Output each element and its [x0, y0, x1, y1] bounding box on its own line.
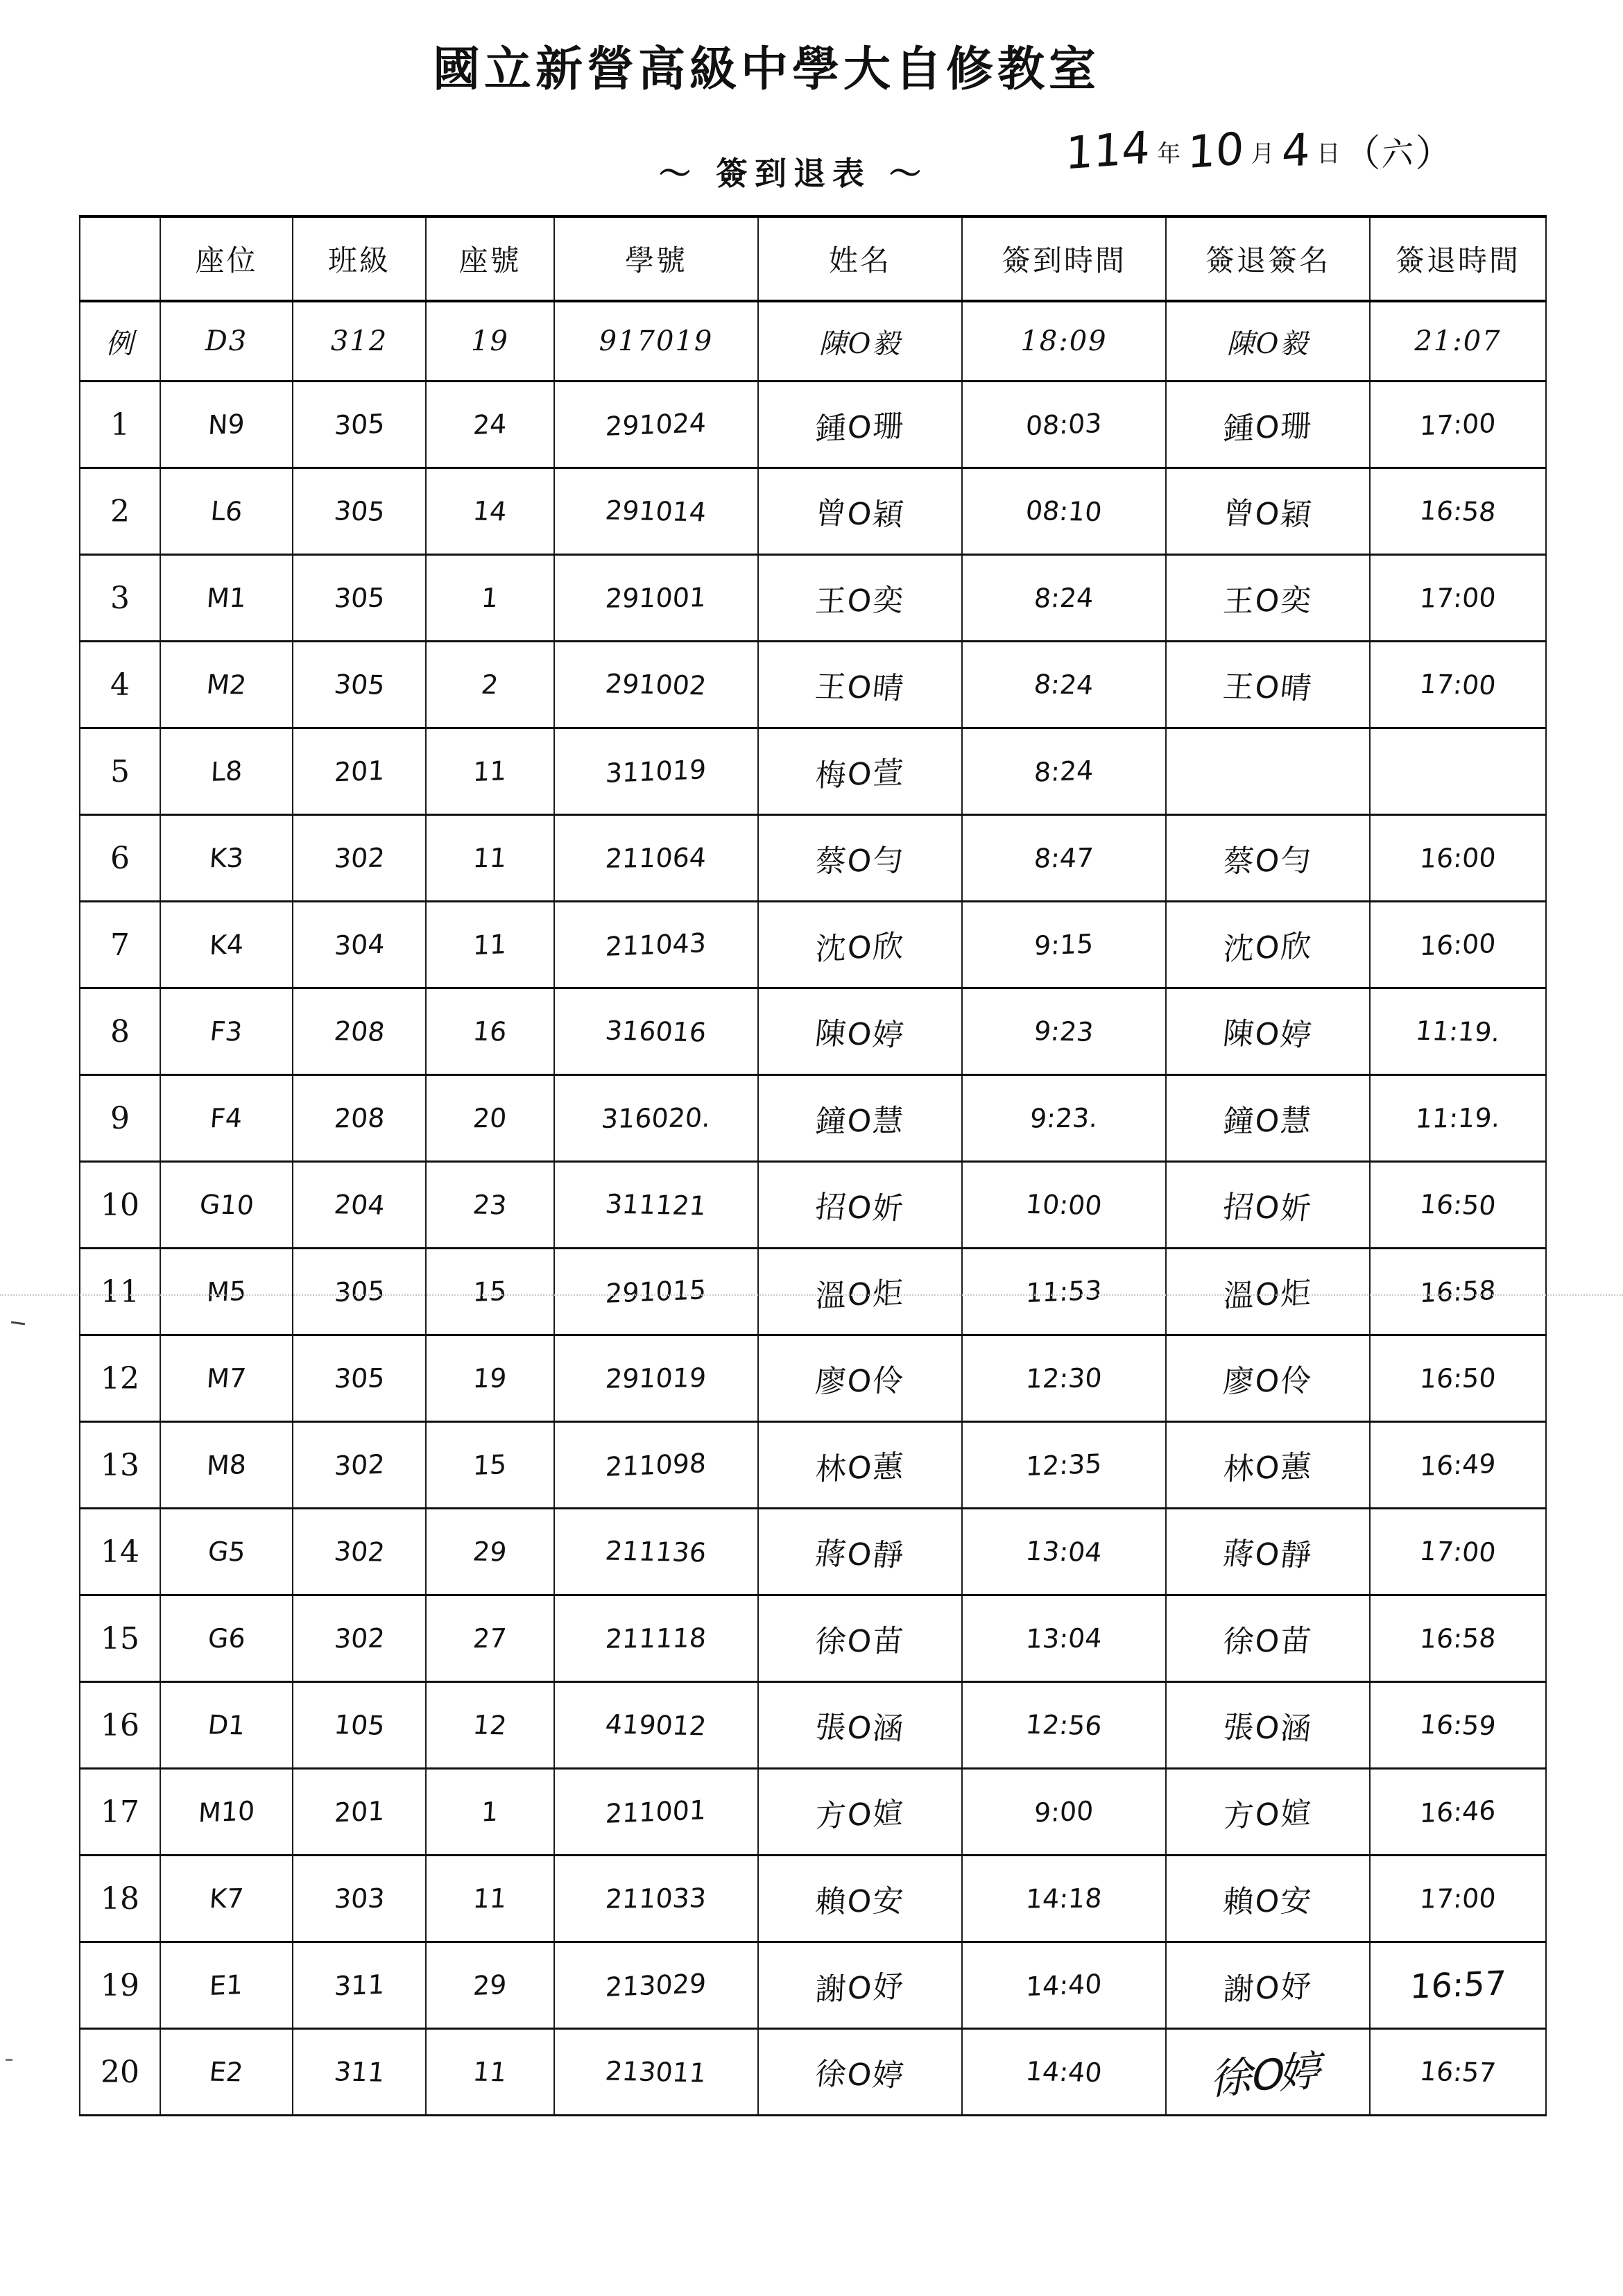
cell-class: 312: [293, 301, 426, 382]
cell-sign-out-time: 17:00: [1370, 642, 1546, 728]
cell-seat: M7: [160, 1335, 293, 1422]
cell-seat-number: 2: [426, 642, 554, 728]
handwritten-date: 114年10月4日（六）: [1061, 123, 1452, 177]
table-row: 13 M8 302 15 211098 林O蕙 12:35 林O蕙 16:49: [80, 1422, 1546, 1509]
cell-seat: D3: [160, 301, 293, 382]
cell-student-id: 917019: [554, 301, 758, 382]
scan-artifact-line: [0, 1294, 1623, 1296]
cell-name: 徐O婷: [758, 2029, 962, 2116]
cell-seat-number: 29: [426, 1942, 554, 2029]
cell-sign-out-time: 11:19.: [1370, 988, 1546, 1075]
cell-seat: K4: [160, 902, 293, 988]
cell-class: 302: [293, 1422, 426, 1509]
cell-seat: G10: [160, 1162, 293, 1249]
cell-seat: L6: [160, 468, 293, 555]
cell-sign-in-time: 12:56: [962, 1682, 1166, 1769]
cell-seat: K3: [160, 815, 293, 902]
cell-sign-in-time: 18:09: [962, 301, 1166, 382]
table-row: 16 D1 105 12 419012 張O涵 12:56 張O涵 16:59: [80, 1682, 1546, 1769]
cell-name: 徐O苗: [758, 1595, 962, 1682]
column-header-sign-out-signature: 簽退簽名: [1166, 216, 1370, 301]
cell-class: 305: [293, 555, 426, 642]
table-row: 17 M10 201 1 211001 方O媗 9:00 方O媗 16:46: [80, 1769, 1546, 1856]
table-row: 15 G6 302 27 211118 徐O苗 13:04 徐O苗 16:58: [80, 1595, 1546, 1682]
cell-class: 303: [293, 1856, 426, 1942]
cell-name: 蔣O靜: [758, 1509, 962, 1595]
cell-class: 105: [293, 1682, 426, 1769]
column-header-class: 班級: [293, 216, 426, 301]
cell-name: 曾O穎: [758, 468, 962, 555]
cell-seat-number: 12: [426, 1682, 554, 1769]
cell-sign-out-time: 16:49: [1370, 1422, 1546, 1509]
table-row: 14 G5 302 29 211136 蔣O靜 13:04 蔣O靜 17:00: [80, 1509, 1546, 1595]
cell-sign-out-time: 16:50: [1370, 1335, 1546, 1422]
cell-student-id: 213011: [554, 2029, 758, 2116]
cell-name: 王O奕: [758, 555, 962, 642]
cell-sign-out-signature: 曾O穎: [1166, 468, 1370, 555]
cell-class: 305: [293, 1249, 426, 1335]
cell-sign-out-signature: 林O蕙: [1166, 1422, 1370, 1509]
cell-sign-out-signature: 鍾O珊: [1166, 382, 1370, 468]
table-row: 9 F4 208 20 316020. 鐘O慧 9:23. 鐘O慧 11:19.: [80, 1075, 1546, 1162]
cell-seat-number: 14: [426, 468, 554, 555]
cell-sign-in-time: 08:10: [962, 468, 1166, 555]
cell-sign-out-time: 21:07: [1370, 301, 1546, 382]
cell-class: 305: [293, 642, 426, 728]
cell-sign-in-time: 10:00: [962, 1162, 1166, 1249]
scan-artifact-speck: [6, 2059, 12, 2061]
cell-name: 蔡O勻: [758, 815, 962, 902]
row-number: 9: [80, 1075, 160, 1162]
weekday-open-paren: （: [1343, 123, 1380, 177]
table-row: 7 K4 304 11 211043 沈O欣 9:15 沈O欣 16:00: [80, 902, 1546, 988]
cell-seat: M10: [160, 1769, 293, 1856]
cell-class: 302: [293, 1595, 426, 1682]
cell-sign-in-time: 14:40: [962, 1942, 1166, 2029]
table-row: 8 F3 208 16 316016 陳O婷 9:23 陳O婷 11:19.: [80, 988, 1546, 1075]
cell-name: 林O蕙: [758, 1422, 962, 1509]
cell-seat-number: 23: [426, 1162, 554, 1249]
cell-sign-in-time: 9:15: [962, 902, 1166, 988]
cell-sign-in-time: 11:53: [962, 1249, 1166, 1335]
row-number: 4: [80, 642, 160, 728]
cell-student-id: 211118: [554, 1595, 758, 1682]
cell-sign-in-time: 8:24: [962, 555, 1166, 642]
cell-sign-out-signature: 王O晴: [1166, 642, 1370, 728]
cell-student-id: 291002: [554, 642, 758, 728]
cell-student-id: 211064: [554, 815, 758, 902]
cell-sign-out-signature: 徐O苗: [1166, 1595, 1370, 1682]
cell-seat: E2: [160, 2029, 293, 2116]
cell-name: 鍾O珊: [758, 382, 962, 468]
cell-name: 陳O毅: [758, 301, 962, 382]
scan-artifact-speck: [11, 1321, 25, 1326]
sign-in-out-table: 座位 班級 座號 學號 姓名 簽到時間 簽退簽名 簽退時間 例 D3 312 1…: [79, 215, 1547, 2116]
cell-sign-in-time: 9:23: [962, 988, 1166, 1075]
row-number: 3: [80, 555, 160, 642]
cell-student-id: 211033: [554, 1856, 758, 1942]
row-number: 11: [80, 1249, 160, 1335]
cell-sign-in-time: 8:24: [962, 642, 1166, 728]
cell-sign-out-signature: 方O媗: [1166, 1769, 1370, 1856]
cell-sign-out-signature: 王O奕: [1166, 555, 1370, 642]
date-month: 10: [1187, 123, 1245, 179]
cell-class: 302: [293, 1509, 426, 1595]
date-day: 4: [1280, 124, 1310, 178]
cell-class: 305: [293, 1335, 426, 1422]
cell-seat-number: 11: [426, 2029, 554, 2116]
cell-seat-number: 16: [426, 988, 554, 1075]
table-row: 19 E1 311 29 213029 謝O妤 14:40 謝O妤 16:57: [80, 1942, 1546, 2029]
cell-sign-out-time: 11:19.: [1370, 1075, 1546, 1162]
cell-seat: D1: [160, 1682, 293, 1769]
cell-seat: L8: [160, 728, 293, 815]
table-row: 10 G10 204 23 311121 招O妡 10:00 招O妡 16:50: [80, 1162, 1546, 1249]
cell-seat-number: 20: [426, 1075, 554, 1162]
cell-sign-out-time: 16:00: [1370, 815, 1546, 902]
cell-student-id: 291014: [554, 468, 758, 555]
cell-sign-out-time: 16:58: [1370, 468, 1546, 555]
table-row: 2 L6 305 14 291014 曾O穎 08:10 曾O穎 16:58: [80, 468, 1546, 555]
cell-sign-in-time: 08:03: [962, 382, 1166, 468]
cell-seat-number: 19: [426, 1335, 554, 1422]
cell-seat-number: 27: [426, 1595, 554, 1682]
cell-sign-in-time: 13:04: [962, 1595, 1166, 1682]
date-month-label: 月: [1251, 135, 1275, 169]
cell-sign-out-time: 16:58: [1370, 1595, 1546, 1682]
cell-sign-in-time: 12:35: [962, 1422, 1166, 1509]
cell-student-id: 316016: [554, 988, 758, 1075]
cell-sign-out-time: [1370, 728, 1546, 815]
cell-seat: M5: [160, 1249, 293, 1335]
cell-seat-number: 24: [426, 382, 554, 468]
cell-sign-out-signature: 沈O欣: [1166, 902, 1370, 988]
cell-seat-number: 19: [426, 301, 554, 382]
row-number: 例: [80, 301, 160, 382]
cell-seat: M2: [160, 642, 293, 728]
cell-name: 沈O欣: [758, 902, 962, 988]
cell-sign-out-signature: 蔣O靜: [1166, 1509, 1370, 1595]
row-number: 18: [80, 1856, 160, 1942]
cell-student-id: 311121: [554, 1162, 758, 1249]
page-title: 國立新營高級中學大自修教室: [0, 32, 1533, 99]
row-number: 8: [80, 988, 160, 1075]
cell-sign-in-time: 9:23.: [962, 1075, 1166, 1162]
date-year: 114: [1065, 123, 1151, 180]
cell-seat-number: 11: [426, 1856, 554, 1942]
cell-sign-out-signature: 徐O婷: [1166, 2029, 1370, 2116]
cell-seat: G5: [160, 1509, 293, 1595]
cell-student-id: 291001: [554, 555, 758, 642]
cell-sign-out-signature: [1166, 728, 1370, 815]
cell-sign-out-time: 17:00: [1370, 1509, 1546, 1595]
cell-sign-out-signature: 溫O炬: [1166, 1249, 1370, 1335]
cell-name: 梅O萱: [758, 728, 962, 815]
cell-sign-out-time: 16:00: [1370, 902, 1546, 988]
cell-sign-out-time: 16:46: [1370, 1769, 1546, 1856]
column-header-seat: 座位: [160, 216, 293, 301]
cell-student-id: 316020.: [554, 1075, 758, 1162]
cell-name: 賴O安: [758, 1856, 962, 1942]
table-row: 1 N9 305 24 291024 鍾O珊 08:03 鍾O珊 17:00: [80, 382, 1546, 468]
table-row: 11 M5 305 15 291015 溫O炬 11:53 溫O炬 16:58: [80, 1249, 1546, 1335]
cell-sign-out-signature: 謝O妤: [1166, 1942, 1370, 2029]
cell-student-id: 211098: [554, 1422, 758, 1509]
cell-sign-out-time: 16:50: [1370, 1162, 1546, 1249]
cell-seat: F3: [160, 988, 293, 1075]
cell-sign-out-signature: 蔡O勻: [1166, 815, 1370, 902]
page-subtitle: ～ 簽到退表 ～: [659, 148, 928, 194]
cell-student-id: 213029: [554, 1942, 758, 2029]
table-row: 4 M2 305 2 291002 王O晴 8:24 王O晴 17:00: [80, 642, 1546, 728]
cell-student-id: 291015: [554, 1249, 758, 1335]
row-number: 6: [80, 815, 160, 902]
cell-seat-number: 1: [426, 555, 554, 642]
row-number: 2: [80, 468, 160, 555]
cell-name: 招O妡: [758, 1162, 962, 1249]
cell-sign-in-time: 14:40: [962, 2029, 1166, 2116]
cell-seat: N9: [160, 382, 293, 468]
cell-name: 鐘O慧: [758, 1075, 962, 1162]
cell-sign-in-time: 8:24: [962, 728, 1166, 815]
cell-class: 208: [293, 1075, 426, 1162]
cell-class: 304: [293, 902, 426, 988]
cell-name: 溫O炬: [758, 1249, 962, 1335]
table-row: 3 M1 305 1 291001 王O奕 8:24 王O奕 17:00: [80, 555, 1546, 642]
date-day-label: 日: [1316, 135, 1340, 169]
cell-seat: G6: [160, 1595, 293, 1682]
row-number: 16: [80, 1682, 160, 1769]
cell-seat-number: 15: [426, 1249, 554, 1335]
cell-sign-out-time: 16:57: [1370, 2029, 1546, 2116]
cell-class: 311: [293, 1942, 426, 2029]
cell-sign-out-signature: 張O涵: [1166, 1682, 1370, 1769]
cell-sign-out-time: 17:00: [1370, 555, 1546, 642]
cell-name: 謝O妤: [758, 1942, 962, 2029]
cell-class: 208: [293, 988, 426, 1075]
table-row: 18 K7 303 11 211033 賴O安 14:18 賴O安 17:00: [80, 1856, 1546, 1942]
cell-sign-in-time: 13:04: [962, 1509, 1166, 1595]
cell-class: 311: [293, 2029, 426, 2116]
cell-seat-number: 11: [426, 902, 554, 988]
row-number: 13: [80, 1422, 160, 1509]
scanned-sign-in-sheet: 國立新營高級中學大自修教室 ～ 簽到退表 ～ 114年10月4日（六） 座位 班…: [0, 0, 1623, 2296]
cell-sign-out-signature: 陳O婷: [1166, 988, 1370, 1075]
cell-student-id: 211043: [554, 902, 758, 988]
cell-student-id: 311019: [554, 728, 758, 815]
row-number: 1: [80, 382, 160, 468]
cell-sign-out-signature: 招O妡: [1166, 1162, 1370, 1249]
column-header-student-id: 學號: [554, 216, 758, 301]
row-number: 14: [80, 1509, 160, 1595]
column-header-name: 姓名: [758, 216, 962, 301]
column-header-sign-in-time: 簽到時間: [962, 216, 1166, 301]
cell-sign-in-time: 9:00: [962, 1769, 1166, 1856]
cell-seat-number: 11: [426, 728, 554, 815]
row-number: 12: [80, 1335, 160, 1422]
cell-sign-out-signature: 鐘O慧: [1166, 1075, 1370, 1162]
cell-seat-number: 29: [426, 1509, 554, 1595]
cell-seat: K7: [160, 1856, 293, 1942]
cell-sign-out-signature: 陳O毅: [1166, 301, 1370, 382]
cell-seat: E1: [160, 1942, 293, 2029]
row-number: 10: [80, 1162, 160, 1249]
cell-seat: F4: [160, 1075, 293, 1162]
cell-sign-out-time: 16:57: [1370, 1942, 1546, 2029]
cell-sign-out-time: 16:59: [1370, 1682, 1546, 1769]
row-number: 5: [80, 728, 160, 815]
date-year-label: 年: [1157, 135, 1180, 169]
cell-seat-number: 1: [426, 1769, 554, 1856]
column-header-sign-out-time: 簽退時間: [1370, 216, 1546, 301]
row-number: 20: [80, 2029, 160, 2116]
cell-class: 201: [293, 728, 426, 815]
table-row: 6 K3 302 11 211064 蔡O勻 8:47 蔡O勻 16:00: [80, 815, 1546, 902]
table-row: 5 L8 201 11 311019 梅O萱 8:24: [80, 728, 1546, 815]
cell-seat-number: 11: [426, 815, 554, 902]
cell-class: 201: [293, 1769, 426, 1856]
cell-student-id: 291024: [554, 382, 758, 468]
table-row: 12 M7 305 19 291019 廖O伶 12:30 廖O伶 16:50: [80, 1335, 1546, 1422]
table-row: 20 E2 311 11 213011 徐O婷 14:40 徐O婷 16:57: [80, 2029, 1546, 2116]
cell-class: 302: [293, 815, 426, 902]
cell-seat-number: 15: [426, 1422, 554, 1509]
cell-sign-in-time: 12:30: [962, 1335, 1166, 1422]
cell-name: 王O晴: [758, 642, 962, 728]
column-header-blank: [80, 216, 160, 301]
cell-sign-out-time: 16:58: [1370, 1249, 1546, 1335]
cell-sign-in-time: 8:47: [962, 815, 1166, 902]
cell-seat: M8: [160, 1422, 293, 1509]
cell-student-id: 211001: [554, 1769, 758, 1856]
column-header-seat-number: 座號: [426, 216, 554, 301]
cell-name: 陳O婷: [758, 988, 962, 1075]
example-row: 例 D3 312 19 917019 陳O毅 18:09 陳O毅 21:07: [80, 301, 1546, 382]
cell-name: 廖O伶: [758, 1335, 962, 1422]
row-number: 17: [80, 1769, 160, 1856]
cell-seat: M1: [160, 555, 293, 642]
row-number: 7: [80, 902, 160, 988]
cell-sign-out-signature: 賴O安: [1166, 1856, 1370, 1942]
header-row: 座位 班級 座號 學號 姓名 簽到時間 簽退簽名 簽退時間: [80, 216, 1546, 301]
date-weekday: 六: [1381, 126, 1414, 175]
cell-student-id: 419012: [554, 1682, 758, 1769]
cell-student-id: 291019: [554, 1335, 758, 1422]
cell-sign-in-time: 14:18: [962, 1856, 1166, 1942]
cell-sign-out-time: 17:00: [1370, 1856, 1546, 1942]
cell-student-id: 211136: [554, 1509, 758, 1595]
cell-sign-out-signature: 廖O伶: [1166, 1335, 1370, 1422]
cell-class: 204: [293, 1162, 426, 1249]
row-number: 15: [80, 1595, 160, 1682]
cell-name: 方O媗: [758, 1769, 962, 1856]
cell-class: 305: [293, 468, 426, 555]
cell-sign-out-time: 17:00: [1370, 382, 1546, 468]
cell-class: 305: [293, 382, 426, 468]
weekday-close-paren: ）: [1415, 123, 1452, 177]
cell-name: 張O涵: [758, 1682, 962, 1769]
row-number: 19: [80, 1942, 160, 2029]
